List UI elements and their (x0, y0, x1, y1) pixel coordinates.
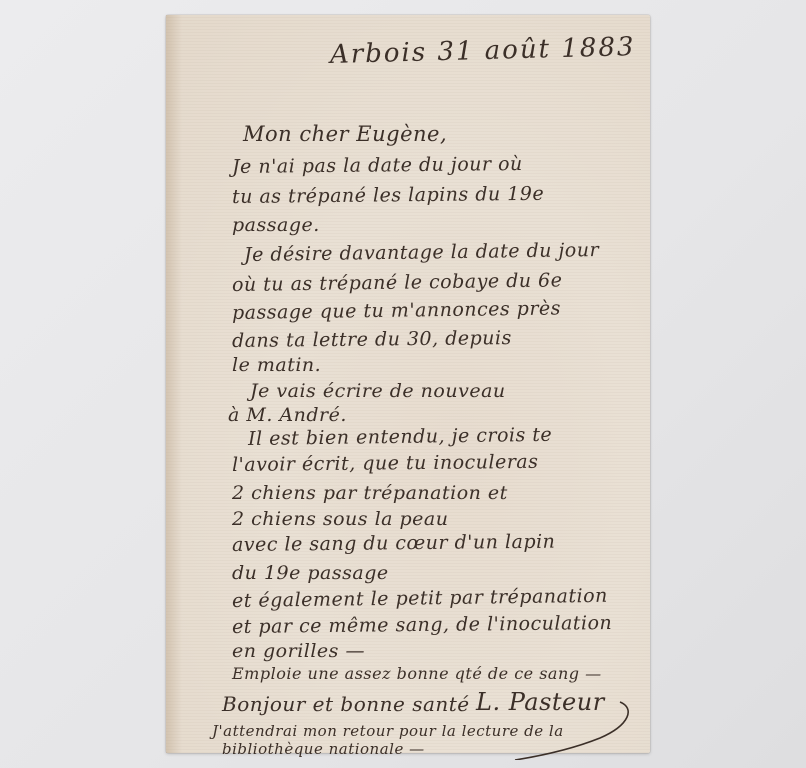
body-line: tu as trépané les lapins du 19e (232, 183, 544, 208)
body-line: dans ta lettre du 30, depuis (232, 327, 512, 352)
postscript-line: J'attendrai mon retour pour la lecture d… (212, 722, 564, 740)
body-line: Je n'ai pas la date du jour où (232, 153, 523, 178)
body-line: du 19e passage (232, 562, 389, 584)
salutation: Mon cher Eugène, (243, 122, 447, 146)
body-line: avec le sang du cœur d'un lapin (232, 531, 556, 556)
body-line: et par ce même sang, de l'inoculation (232, 612, 612, 638)
body-line: passage que tu m'annonces près (232, 297, 561, 324)
body-line: 2 chiens par trépanation et (232, 482, 508, 504)
body-line: l'avoir écrit, que tu inoculeras (232, 451, 539, 476)
body-line: Je vais écrire de nouveau (250, 380, 506, 402)
body-line: Il est bien entendu, je crois te (248, 424, 552, 450)
body-line: 2 chiens sous la peau (232, 508, 449, 530)
body-line: passage. (232, 214, 320, 236)
body-line: le matin. (232, 354, 321, 376)
body-line: où tu as trépané le cobaye du 6e (232, 269, 563, 296)
body-line: en gorilles — (232, 640, 365, 662)
body-line: Emploie une assez bonne qté de ce sang — (232, 664, 602, 683)
body-line: à M. André. (228, 404, 347, 426)
postscript-line: bibliothèque nationale — (222, 740, 425, 758)
